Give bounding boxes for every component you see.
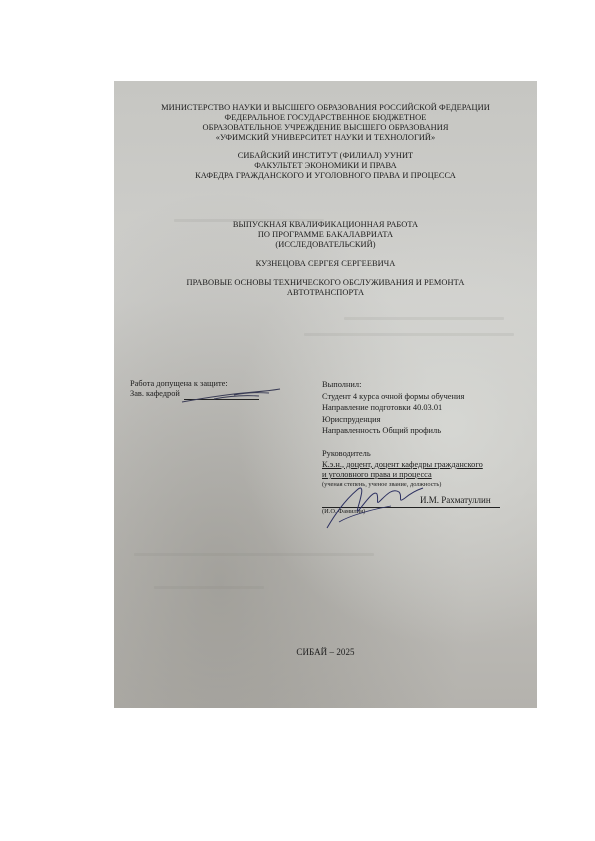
work-type-line: ПО ПРОГРАММЕ БАКАЛАВРИАТА bbox=[114, 230, 537, 240]
bleed-through-text bbox=[304, 333, 514, 336]
document-photo: МИНИСТЕРСТВО НАУКИ И ВЫСШЕГО ОБРАЗОВАНИЯ… bbox=[114, 81, 537, 708]
bleed-through-text bbox=[134, 553, 374, 556]
institute-line: СИБАЙСКИЙ ИНСТИТУТ (ФИЛИАЛ) УУНИТ bbox=[114, 151, 537, 161]
specialty: Юриспруденция bbox=[322, 414, 464, 426]
institute-line: ФАКУЛЬТЕТ ЭКОНОМИКИ И ПРАВА bbox=[114, 161, 537, 171]
student-info: Студент 4 курса очной формы обучения bbox=[322, 391, 464, 403]
header-line: ФЕДЕРАЛЬНОЕ ГОСУДАРСТВЕННОЕ БЮДЖЕТНОЕ bbox=[114, 113, 537, 123]
performer-label: Выполнил: bbox=[322, 379, 464, 391]
supervisor-signature bbox=[319, 476, 429, 531]
performer-block: Выполнил: Студент 4 курса очной формы об… bbox=[322, 379, 464, 437]
author-name: КУЗНЕЦОВА СЕРГЕЯ СЕРГЕЕВИЧА bbox=[114, 259, 537, 269]
supervisor-name: И.М. Рахматуллин bbox=[420, 495, 491, 506]
work-type-line: ВЫПУСКНАЯ КВАЛИФИКАЦИОННАЯ РАБОТА bbox=[114, 220, 537, 230]
header-line: МИНИСТЕРСТВО НАУКИ И ВЫСШЕГО ОБРАЗОВАНИЯ… bbox=[114, 103, 537, 113]
head-signature bbox=[174, 384, 284, 406]
title-line: ПРАВОВЫЕ ОСНОВЫ ТЕХНИЧЕСКОГО ОБСЛУЖИВАНИ… bbox=[114, 278, 537, 288]
bleed-through-text bbox=[344, 317, 504, 320]
supervisor-label: Руководитель bbox=[322, 449, 483, 460]
study-direction: Направление подготовки 40.03.01 bbox=[322, 402, 464, 414]
institute-line: КАФЕДРА ГРАЖДАНСКОГО И УГОЛОВНОГО ПРАВА … bbox=[114, 171, 537, 181]
title-line: АВТОТРАНСПОРТА bbox=[114, 288, 537, 298]
bleed-through-text bbox=[154, 586, 264, 589]
profile: Направленность Общий профиль bbox=[322, 425, 464, 437]
supervisor-position: К.э.н., доцент, доцент кафедры гражданск… bbox=[322, 460, 483, 471]
header-line: ОБРАЗОВАТЕЛЬНОЕ УЧРЕЖДЕНИЕ ВЫСШЕГО ОБРАЗ… bbox=[114, 123, 537, 133]
city-year: СИБАЙ – 2025 bbox=[114, 647, 537, 657]
header-line: «УФИМСКИЙ УНИВЕРСИТЕТ НАУКИ И ТЕХНОЛОГИЙ… bbox=[114, 133, 537, 143]
work-type-line: (ИССЛЕДОВАТЕЛЬСКИЙ) bbox=[114, 240, 537, 250]
